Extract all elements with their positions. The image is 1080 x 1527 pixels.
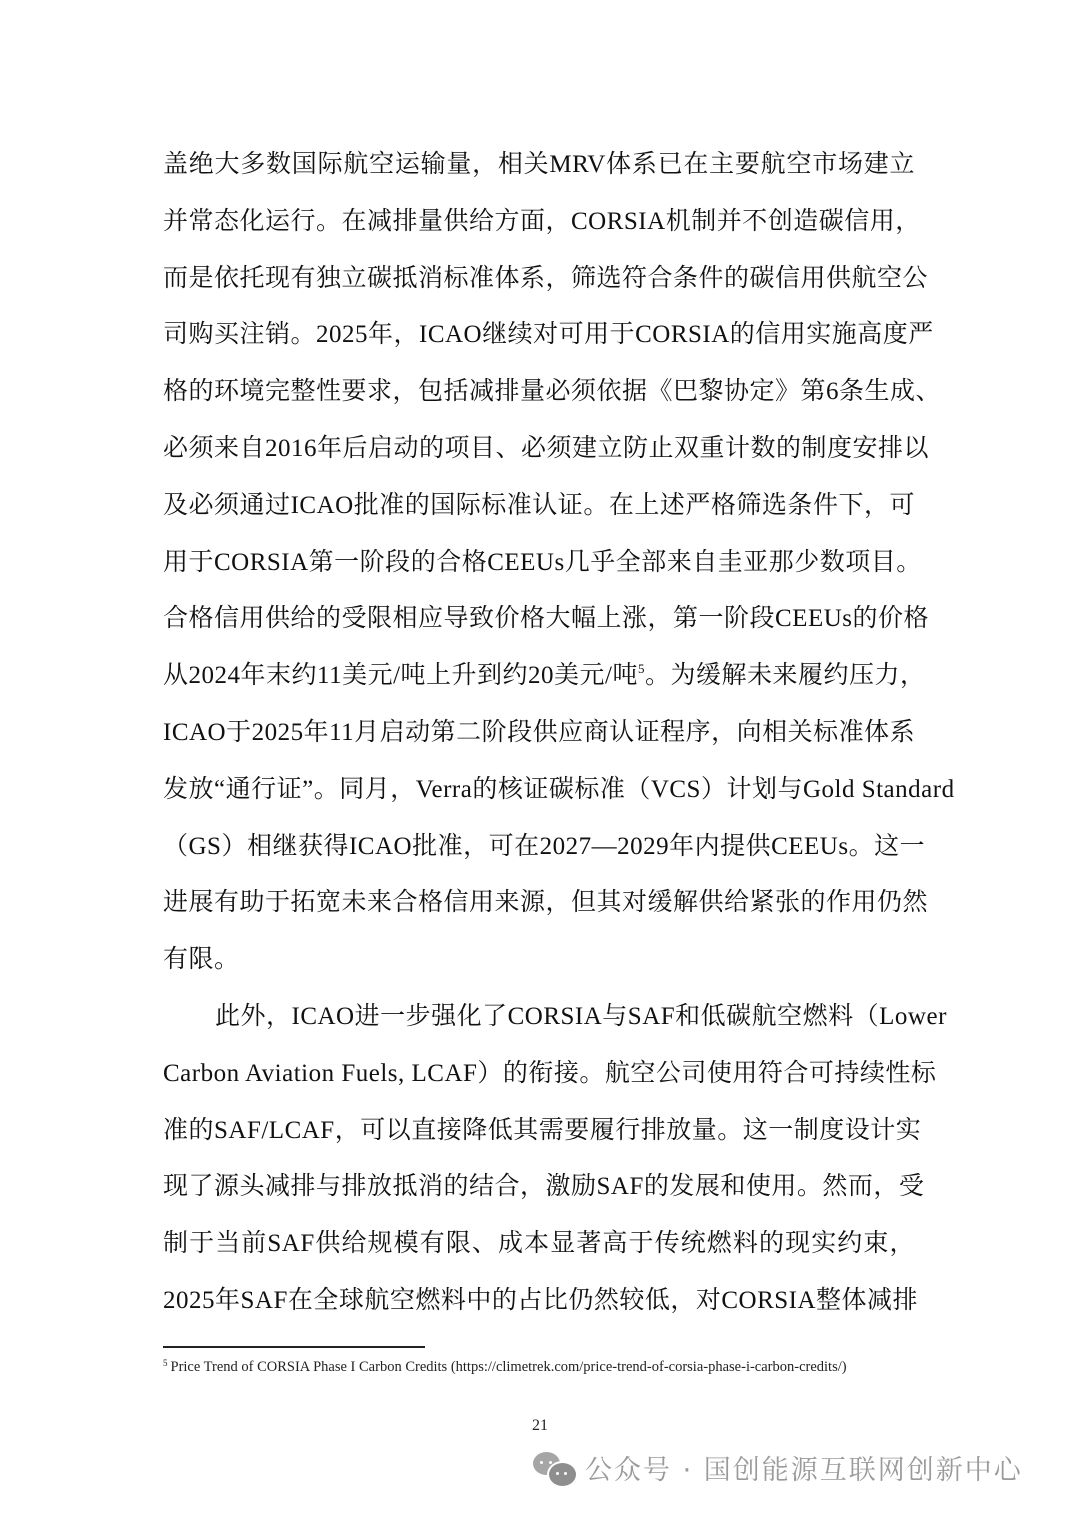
page-number: 21 bbox=[0, 1417, 1080, 1435]
text-line: （GS）相继获得ICAO批准，可在2027—2029年内提供CEEUs。这一 bbox=[163, 819, 915, 876]
text-line: 2025年SAF在全球航空燃料中的占比仍然较低，对CORSIA整体减排 bbox=[163, 1273, 915, 1330]
text-segment: 从2024年末约11美元/吨上升到约20美元/吨 bbox=[163, 662, 638, 689]
footnote-number: 5 bbox=[163, 1358, 168, 1368]
text-line: 用于CORSIA第一阶段的合格CEEUs几乎全部来自圭亚那少数项目。 bbox=[163, 535, 915, 592]
footnote-divider bbox=[163, 1346, 425, 1348]
body-text: 盖绝大多数国际航空运输量，相关MRV体系已在主要航空市场建立 并常态化运行。在减… bbox=[163, 137, 915, 1330]
text-line: 有限。 bbox=[163, 932, 915, 989]
text-line: ICAO于2025年11月启动第二阶段供应商认证程序，向相关标准体系 bbox=[163, 705, 915, 762]
text-line: 及必须通过ICAO批准的国际标准认证。在上述严格筛选条件下，可 bbox=[163, 478, 915, 535]
footnote-text[interactable]: Price Trend of CORSIA Phase I Carbon Cre… bbox=[171, 1359, 847, 1375]
document-page: 盖绝大多数国际航空运输量，相关MRV体系已在主要航空市场建立 并常态化运行。在减… bbox=[0, 0, 1080, 1527]
watermark: 公众号 · 国创能源互联网创新中心 bbox=[533, 1448, 1023, 1487]
text-line: Carbon Aviation Fuels, LCAF）的衔接。航空公司使用符合… bbox=[163, 1046, 915, 1103]
text-line: 司购买注销。2025年，ICAO继续对可用于CORSIA的信用实施高度严 bbox=[163, 307, 915, 364]
text-line: 而是依托现有独立碳抵消标准体系，筛选符合条件的碳信用供航空公 bbox=[163, 251, 915, 308]
text-segment: 。为缓解未来履约压力， bbox=[645, 662, 926, 689]
text-line: 合格信用供给的受限相应导致价格大幅上涨，第一阶段CEEUs的价格 bbox=[163, 591, 915, 648]
text-line-with-footnote-ref: 从2024年末约11美元/吨上升到约20美元/吨5。为缓解未来履约压力， bbox=[163, 648, 915, 705]
text-line: 制于当前SAF供给规模有限、成本显著高于传统燃料的现实约束， bbox=[163, 1216, 915, 1273]
footnote: 5Price Trend of CORSIA Phase I Carbon Cr… bbox=[163, 1354, 918, 1377]
watermark-text: 公众号 · 国创能源互联网创新中心 bbox=[585, 1448, 1023, 1487]
wechat-icon bbox=[533, 1450, 577, 1486]
text-line-paragraph-start: 此外，ICAO进一步强化了CORSIA与SAF和低碳航空燃料（Lower bbox=[163, 989, 915, 1046]
text-line: 进展有助于拓宽未来合格信用来源，但其对缓解供给紧张的作用仍然 bbox=[163, 875, 915, 932]
text-line: 准的SAF/LCAF，可以直接降低其需要履行排放量。这一制度设计实 bbox=[163, 1103, 915, 1160]
text-line: 必须来自2016年后启动的项目、必须建立防止双重计数的制度安排以 bbox=[163, 421, 915, 478]
text-line: 格的环境完整性要求，包括减排量必须依据《巴黎协定》第6条生成、 bbox=[163, 364, 915, 421]
footnote-reference[interactable]: 5 bbox=[638, 661, 645, 676]
text-line: 发放“通行证”。同月，Verra的核证碳标准（VCS）计划与Gold Stand… bbox=[163, 762, 915, 819]
text-line: 盖绝大多数国际航空运输量，相关MRV体系已在主要航空市场建立 bbox=[163, 137, 915, 194]
text-line: 并常态化运行。在减排量供给方面，CORSIA机制并不创造碳信用， bbox=[163, 194, 915, 251]
text-line: 现了源头减排与排放抵消的结合，激励SAF的发展和使用。然而，受 bbox=[163, 1159, 915, 1216]
